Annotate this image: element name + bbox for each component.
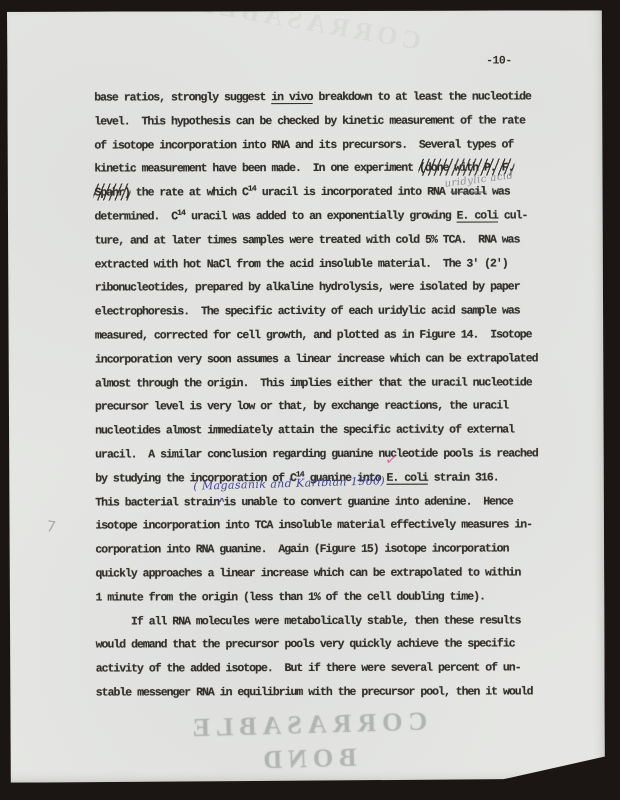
text-line: activity of the added isotope. But if th… — [96, 656, 556, 681]
text-segment: strain 316. — [428, 471, 499, 484]
text-line: ribonucleotides, prepared by alkaline hy… — [95, 276, 555, 301]
text-segment: ture, and at later times samples were tr… — [95, 233, 520, 247]
text-segment-u: in vivo — [271, 91, 312, 104]
text-line: determined. C14 uracil was added to an e… — [94, 204, 554, 229]
text-segment: nucleotides almost immediately attain th… — [95, 424, 514, 438]
text-segment-u: E. coli — [457, 209, 498, 222]
text-line: corporation into RNA guanine. Again (Fig… — [95, 537, 555, 562]
text-segment: the rate at which C — [130, 186, 248, 199]
text-line: isotope incorporation into TCA insoluble… — [95, 514, 555, 539]
text-segment: kinetic measurement have been made. In o… — [94, 162, 419, 176]
text-segment: base ratios, strongly suggest — [94, 91, 271, 104]
text-line: nucleotides almost immediately attain th… — [95, 419, 555, 444]
margin-pencil-mark: 7 — [45, 517, 57, 536]
text-segment: cul- — [498, 209, 528, 222]
text-segment-sup: 14 — [248, 178, 256, 202]
text-line: level. This hypothesis can be checked by… — [94, 109, 554, 134]
text-segment-u: E. coli — [386, 471, 427, 484]
text-segment-caret: ^ — [219, 491, 223, 515]
text-segment: almost through the origin. This implies … — [95, 376, 532, 390]
text-line: extracted with hot NaCl from the acid in… — [95, 252, 555, 277]
text-segment: stable messenger RNA in equilibrium with… — [96, 685, 533, 699]
text-line: measured, corrected for cell growth, and… — [95, 323, 555, 348]
text-line: quickly approaches a linear increase whi… — [95, 561, 555, 586]
text-segment: breakdown to at least the nucleotide — [313, 90, 531, 104]
text-segment: level. This hypothesis can be checked by… — [94, 114, 525, 128]
text-segment: 1 minute from the origin (less than 1% o… — [96, 590, 486, 604]
text-segment: extracted with hot NaCl from the acid in… — [95, 257, 508, 271]
text-segment-xslash: Spahr) — [94, 182, 129, 206]
text-segment: isotope incorporation into TCA insoluble… — [95, 519, 532, 533]
text-segment: uracil. A similar conclusion regarding g… — [95, 447, 538, 461]
text-line: would demand that the precursor pools ve… — [96, 633, 556, 658]
text-line: This bacterial strain^is unable to conve… — [95, 490, 555, 515]
text-line: 1 minute from the origin (less than 1% o… — [95, 585, 555, 610]
text-segment: was — [486, 186, 510, 199]
text-segment: If all RNA molecules were metabolically … — [96, 614, 521, 628]
text-segment: uracil is incorporated into RNA — [256, 186, 451, 200]
text-line: stable messenger RNA in equilibrium with… — [96, 680, 556, 705]
text-segment: This bacterial strain — [95, 496, 219, 509]
text-line: uracil. A similar conclusion regarding g… — [95, 442, 555, 467]
text-segment: precursor level is very low or that, by … — [95, 400, 508, 414]
text-segment: of isotope incorporation into RNA and it… — [94, 138, 513, 152]
text-line: precursor level is very low or that, by … — [95, 395, 555, 420]
text-line: base ratios, strongly suggest in vivo br… — [94, 85, 554, 110]
text-segment: incorporation very soon assumes a linear… — [95, 352, 538, 366]
watermark-line2: BOND — [9, 735, 606, 782]
text-segment: uracil was added to an exponentially gro… — [185, 210, 456, 224]
text-segment: electrophoresis. The specific activity o… — [95, 305, 520, 319]
watermark-line1: CORRASABLE — [9, 701, 606, 748]
text-line: ture, and at later times samples were tr… — [95, 228, 555, 253]
text-segment-sup: 14 — [177, 202, 185, 226]
text-segment: corporation into RNA guanine. Again (Fig… — [95, 543, 508, 557]
text-segment: activity of the added isotope. But if th… — [96, 662, 521, 676]
paper-sheet: CORRASABLE -10- base ratios, strongly su… — [7, 10, 605, 783]
page-number: -10- — [486, 54, 512, 67]
text-segment: would demand that the precursor pools ve… — [96, 638, 515, 652]
text-line: If all RNA molecules were metabolically … — [96, 609, 556, 634]
text-segment: quickly approaches a linear increase whi… — [95, 566, 520, 580]
watermark-top-fragment: CORRASABLE — [117, 0, 497, 69]
text-line: electrophoresis. The specific activity o… — [95, 300, 555, 325]
text-line: almost through the origin. This implies … — [95, 371, 555, 396]
text-line: incorporation very soon assumes a linear… — [95, 347, 555, 372]
scanned-page-photo: CORRASABLE -10- base ratios, strongly su… — [0, 0, 620, 800]
text-segment: determined. C — [95, 210, 178, 223]
text-segment: is unable to convert guanine into adenin… — [224, 495, 513, 509]
text-segment: ribonucleotides, prepared by alkaline hy… — [95, 281, 520, 295]
text-segment: measured, corrected for cell growth, and… — [95, 328, 532, 342]
text-line: of isotope incorporation into RNA and it… — [94, 133, 554, 158]
